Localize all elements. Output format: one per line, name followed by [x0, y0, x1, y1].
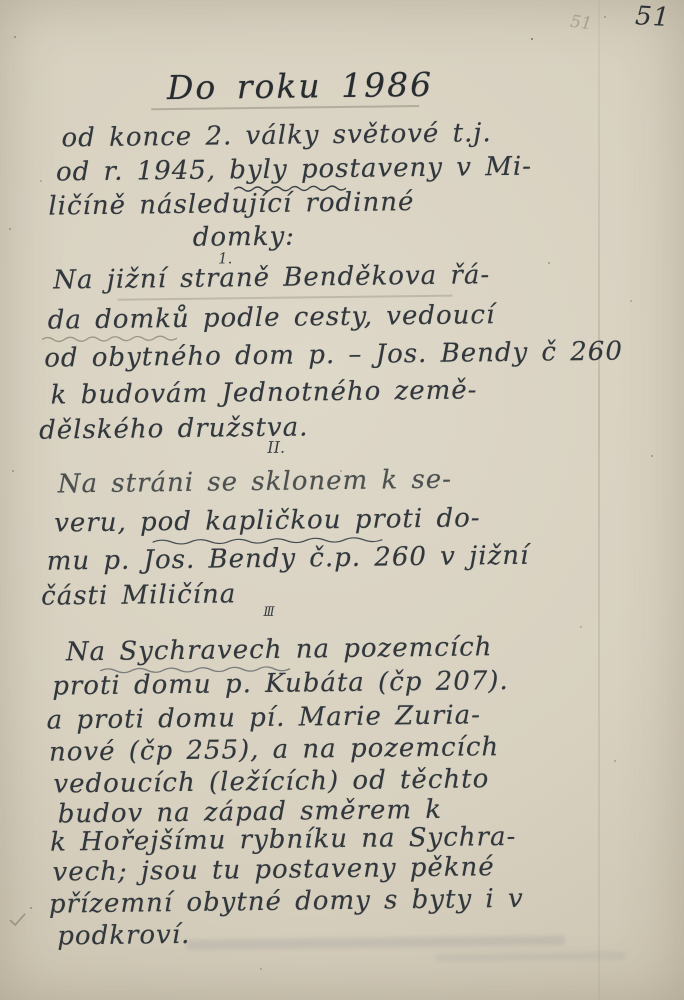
handwritten-line: od konce 2. války světové t.j. [61, 118, 491, 153]
ink-bleed-ghost [436, 952, 626, 962]
handwritten-line: od obytného dom p. – Jos. Bendy č 260 [44, 337, 623, 374]
ink-bleed-ghost [185, 935, 565, 950]
pencil-underline-mark [118, 295, 453, 301]
handwritten-line: Na jižní straně Benděkova řá- [53, 260, 490, 295]
section-marker: II. [267, 438, 285, 457]
handwritten-line: domky: [193, 222, 296, 253]
handwritten-line: proti domu p. Kubáta (čp 207). [52, 666, 509, 702]
handwriting-layer: 51 51 Do roku 1986 od konce 2. války svě… [0, 0, 684, 1000]
handwritten-line: části Miličína [41, 579, 236, 611]
handwritten-line: podkroví. [57, 920, 190, 952]
handwritten-line: Na stráni se sklonem k se- [58, 465, 453, 500]
handwritten-line: nové (čp 255), a na pozemcích [49, 732, 499, 767]
page-number-pencil: 51 [569, 12, 593, 35]
handwritten-line: ličíně následující rodinné [48, 187, 414, 221]
handwritten-line: od r. 1945, byly postaveny v Mi- [56, 152, 532, 188]
handwritten-line: Na Sychravech na pozemcích [66, 632, 493, 667]
handwritten-line: veru, pod kapličkou proti do- [54, 503, 481, 538]
page-number: 51 [634, 1, 671, 33]
handwritten-line: da domků podle cesty, vedoucí [48, 300, 496, 335]
handwritten-line: vech; jsou tu postaveny pěkné [52, 852, 495, 887]
section-marker: III [263, 605, 273, 620]
margin-pencil-mark [9, 912, 27, 928]
handwritten-line: přízemní obytné domy s byty i v [49, 884, 524, 920]
handwritten-line: mu p. Jos. Bendy č.p. 260 v jižní [47, 541, 530, 577]
paper: 51 51 Do roku 1986 od konce 2. války svě… [0, 0, 684, 1000]
paper-specks [0, 0, 2, 2]
handwritten-line: a proti domu pí. Marie Zuria- [46, 700, 481, 735]
document-title: Do roku 1986 [167, 65, 434, 107]
handwritten-line: k budovám Jednotného země- [51, 375, 478, 410]
